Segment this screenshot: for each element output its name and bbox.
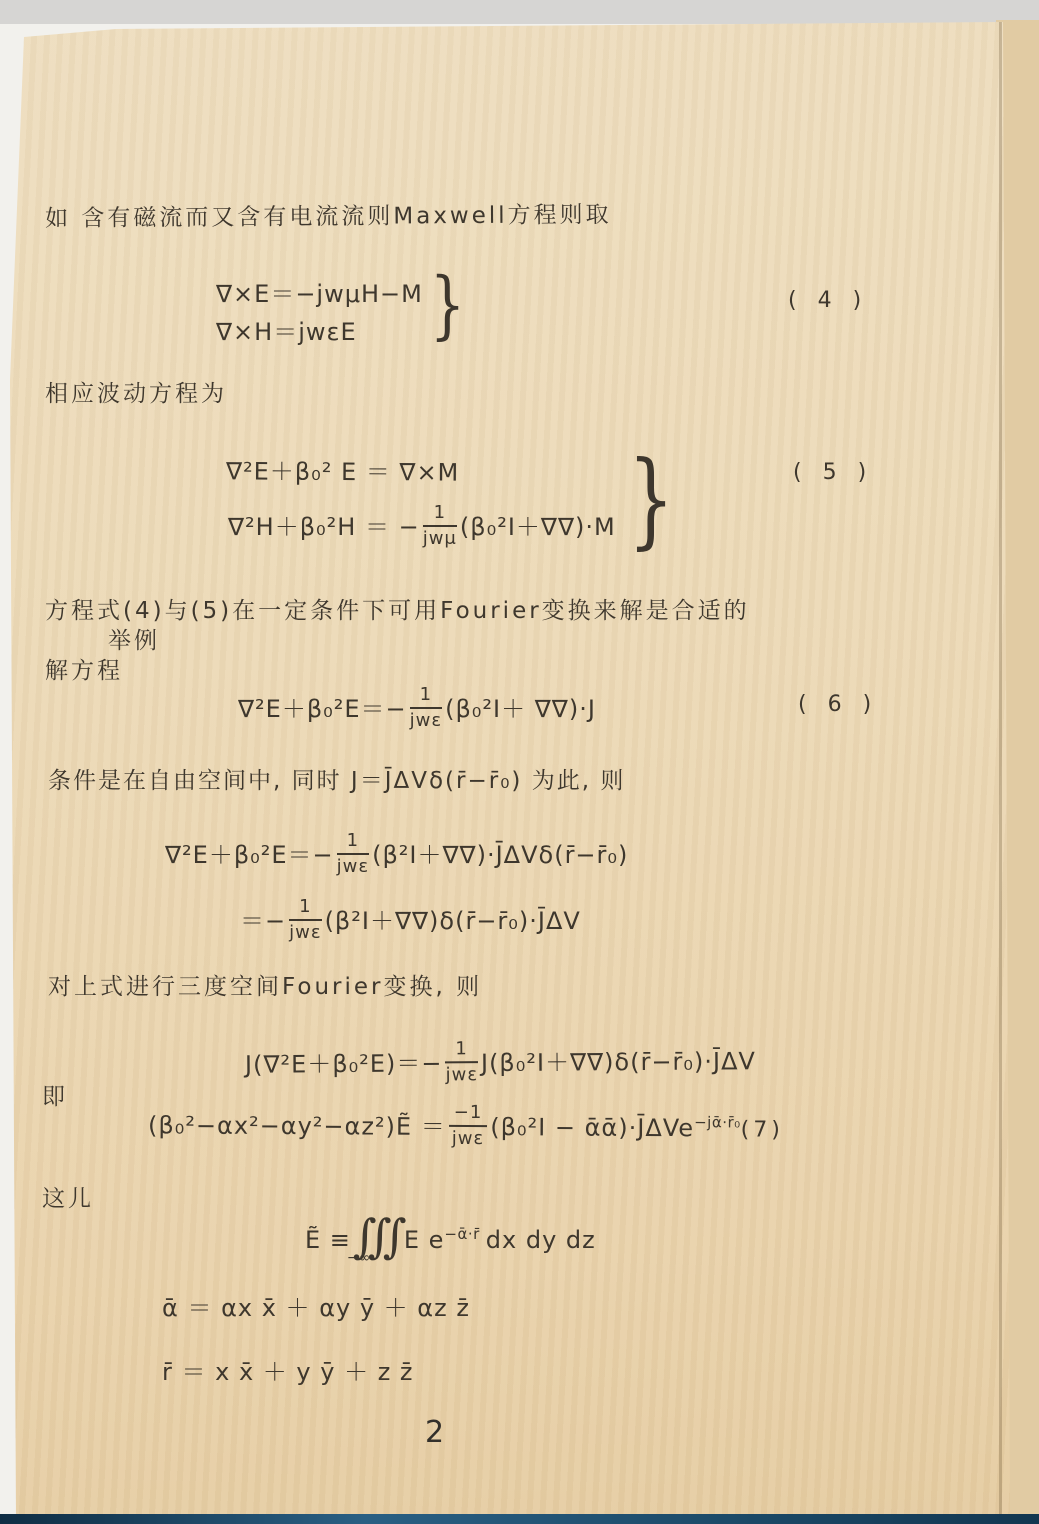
eq6-post: (β₀²I＋ ∇∇)·J (445, 695, 596, 723)
free1-fraction: 1jwε (337, 832, 369, 876)
eqE-lhs: Ẽ ≡ (305, 1226, 351, 1254)
handwritten-line-here: 这儿 (42, 1180, 94, 1213)
eq7-numerator: −1 (449, 1104, 488, 1127)
free1-numerator: 1 (337, 832, 369, 855)
free2-denominator: jwε (289, 921, 321, 942)
scanner-background-top (0, 0, 1039, 24)
eq5-fraction: 1jwμ (423, 504, 457, 548)
handwritten-line-intro: 如 含有磁流而又含有电流流则Maxwell方程则取 (45, 196, 612, 233)
eq5-numerator: 1 (423, 504, 457, 527)
equation-5-brace: } (628, 438, 674, 560)
handwritten-line-example: 举例 (108, 622, 160, 655)
equation-5-line1: ∇²E＋β₀² E ＝ ∇×M (226, 451, 460, 487)
free2-numerator: 1 (289, 898, 321, 921)
eq5-line2-pre: ∇²H＋β₀²H ＝ − (228, 513, 420, 541)
handwritten-line-namely: 即 (42, 1078, 68, 1111)
eqE-exponent: −ᾱ·r̄ (444, 1225, 479, 1243)
eq5-denominator: jwμ (423, 527, 457, 548)
handwritten-line-wave-intro: 相应波动方程为 (45, 375, 227, 408)
integral-lower-limit: −∞ (347, 1250, 370, 1266)
triple-integral: ∫∫∫−∞ (353, 1212, 398, 1254)
equation-7-number: (7) (741, 1117, 784, 1142)
equation-5-line2: ∇²H＋β₀²H ＝ −1jwμ(β₀²I＋∇∇)·M (228, 506, 616, 550)
equation-r-definition: r̄ ＝ x x̄ ＋ y ȳ ＋ z z̄ (162, 1352, 414, 1387)
page-number: 2 (425, 1415, 444, 1450)
eq7-fraction: −1jwε (449, 1104, 488, 1148)
equation-4-number: ( 4 ) (788, 288, 868, 313)
eq7-post: (β₀²I − ᾱᾱ)·J̄ΔVe (490, 1113, 694, 1142)
eq7-lhs: (β₀²−αx²−αy²−αz²)Ẽ ＝ (148, 1111, 446, 1141)
fourier-pre: J(∇²E＋β₀²E)＝− (245, 1049, 443, 1078)
eq6-pre: ∇²E＋β₀²E＝− (238, 695, 407, 723)
free1-pre: ∇²E＋β₀²E＝− (165, 841, 334, 869)
free2-pre: ＝− (240, 907, 286, 935)
eq6-numerator: 1 (410, 686, 442, 709)
equation-free2: ＝−1jwε(β²I＋∇∇)δ(r̄−r̄₀)·J̄ΔV (240, 900, 581, 944)
equation-5-number: ( 5 ) (793, 460, 873, 485)
paper-right-edge (999, 22, 1002, 1516)
equation-6: ∇²E＋β₀²E＝−1jwε(β₀²I＋ ∇∇)·J (238, 688, 596, 732)
free2-fraction: 1jwε (289, 898, 321, 942)
eqE-differentials: dx dy dz (486, 1226, 596, 1254)
eq6-fraction: 1jwε (410, 686, 442, 730)
eq5-line2-post: (β₀²I＋∇∇)·M (460, 513, 616, 541)
equation-fourier: J(∇²E＋β₀²E)＝−1jwεJ(β₀²I＋∇∇)δ(r̄−r̄₀)·J̄Δ… (245, 1040, 756, 1088)
handwritten-line-condition: 条件是在自由空间中, 同时 J＝J̄ΔVδ(r̄−r̄₀) 为此, 则 (48, 762, 625, 795)
handwritten-line-transform: 对上式进行三度空间Fourier变换, 则 (48, 968, 482, 1001)
free1-post: (β²I＋∇∇)·J̄ΔVδ(r̄−r̄₀) (372, 841, 628, 869)
fourier-fraction: 1jwε (445, 1040, 478, 1084)
free2-post: (β²I＋∇∇)δ(r̄−r̄₀)·J̄ΔV (325, 907, 581, 935)
equation-alpha-definition: ᾱ ＝ αx x̄ ＋ αy ȳ ＋ αz z̄ (162, 1288, 470, 1323)
eq6-denominator: jwε (410, 709, 442, 730)
equation-4-brace: } (430, 262, 465, 348)
equation-4-line2: ∇×H＝jwεE (216, 312, 357, 347)
scanned-page: 如 含有磁流而又含有电流流则Maxwell方程则取 ∇×E＝−jwμH−M ∇×… (0, 0, 1039, 1524)
equation-4-line1: ∇×E＝−jwμH−M (216, 274, 423, 309)
eq7-exponent: −jᾱ·r̄₀ (694, 1113, 741, 1131)
equation-7: (β₀²−αx²−αy²−αz²)Ẽ ＝−1jwε(β₀²I − ᾱᾱ)·J̄Δ… (148, 1104, 784, 1151)
fourier-denominator: jwε (445, 1063, 478, 1084)
eqE-body: E e (404, 1226, 445, 1254)
equation-6-number: ( 6 ) (798, 692, 878, 717)
handwritten-line-solve: 解方程 (45, 652, 123, 685)
handwritten-line-fourier-note: 方程式(4)与(5)在一定条件下可用Fourier变换来解是合适的 (45, 592, 750, 625)
free1-denominator: jwε (337, 855, 369, 876)
fourier-numerator: 1 (445, 1040, 478, 1063)
eq7-denominator: jwε (449, 1127, 488, 1148)
scan-strip-bottom (0, 1514, 1039, 1524)
equation-free1: ∇²E＋β₀²E＝−1jwε(β²I＋∇∇)·J̄ΔVδ(r̄−r̄₀) (165, 834, 628, 878)
equation-E-definition: Ẽ ≡∫∫∫−∞E e−ᾱ·r̄dx dy dz (305, 1212, 596, 1254)
fourier-post: J(β₀²I＋∇∇)δ(r̄−r̄₀)·J̄ΔV (481, 1047, 756, 1077)
